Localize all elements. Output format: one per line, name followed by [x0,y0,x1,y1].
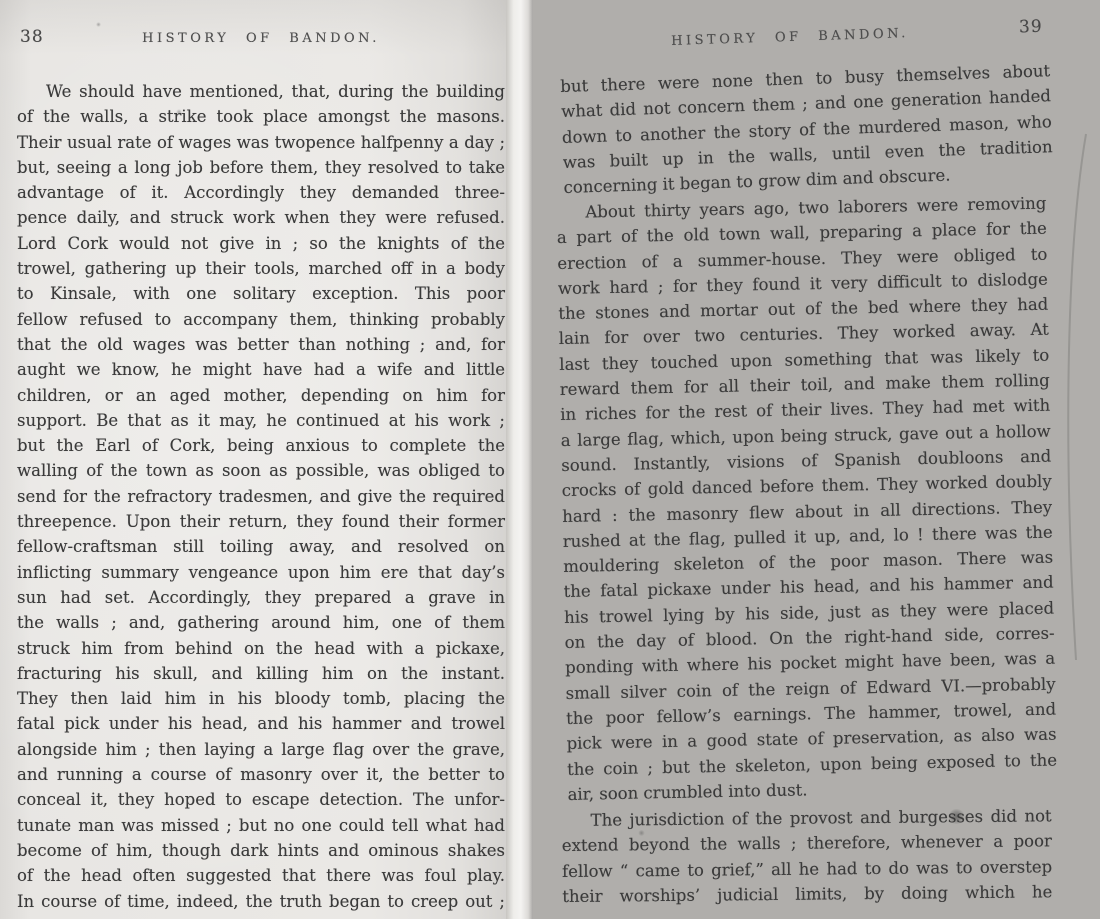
text-line: that the old wages was better than nothi… [17,332,505,357]
text-line: fatal pick under his head, and his hamme… [17,711,505,736]
text-line: alongside him ; then laying a large flag… [17,737,505,762]
text-line: support. Be that as it may, he continued… [17,408,505,433]
text-line: Lord Cork would not give in ; so the kni… [17,231,505,256]
text-line: They then laid him in his bloody tomb, p… [17,686,505,711]
paragraph: We should have mentioned, that, during t… [17,79,505,914]
scan-speck [638,830,645,836]
text-line: become of him, though dark hints and omi… [17,838,505,863]
text-line: of the walls, a strike took place amongs… [17,104,505,129]
text-line: We should have mentioned, that, during t… [17,79,505,104]
paragraph: but there were none then to busy themsel… [560,58,1054,200]
text-line: advantage of it. Accordingly they demand… [17,180,505,205]
page-39: 39 HISTORY OF BANDON. but there were non… [533,0,1100,919]
text-line: but the Earl of Cork, being anxious to c… [17,433,505,458]
text-line: conceal it, they hoped to escape detecti… [17,787,505,812]
page-number-38: 38 [20,27,44,47]
page-38-body: We should have mentioned, that, during t… [17,79,505,914]
text-line: but, seeing a long job before them, they… [17,155,505,180]
text-line: tunate man was missed ; but no one could… [17,813,505,838]
paragraph: The jurisdiction of the provost and burg… [562,803,1053,909]
page-39-body: but there were none then to busy themsel… [562,74,1052,909]
text-line: In course of time, indeed, the truth beg… [17,889,505,914]
paragraph: About thirty years ago, two laborers wer… [556,191,1058,807]
text-line: trowel, gathering up their tools, marche… [17,256,505,281]
scan-speck [338,139,343,144]
text-line: extend beyond the walls ; therefore, whe… [562,828,1052,858]
text-line: struck him from behind on the head with … [17,636,505,661]
text-line: aught we know, he might have had a wife … [17,357,505,382]
text-line: children, or an aged mother, depending o… [17,383,505,408]
text-line: of the head often suggested that there w… [17,863,505,888]
text-line: the walls ; and, gathering around him, o… [17,610,505,635]
text-line: threepence. Upon their return, they foun… [17,509,505,534]
text-line: walling of the town as soon as possible,… [17,458,505,483]
scan-speck [176,109,182,115]
ink-blot [948,809,965,824]
text-line: inflicting summary vengeance upon him er… [17,560,505,585]
text-line: fellow-craftsman still toiling away, and… [17,534,505,559]
book-scan-spread: 38 HISTORY OF BANDON. We should have men… [0,0,1100,919]
gutter-page-edge [506,0,533,919]
text-line: and running a course of masonry over it,… [17,762,505,787]
text-line: pence daily, and struck work when they w… [17,205,505,230]
text-line: to Kinsale, with one solitary exception.… [17,281,505,306]
text-line: send for the refractory tradesmen, and g… [17,484,505,509]
text-line: their worships’ judicial limits, by doin… [562,879,1052,909]
text-line: fracturing his skull, and killing him on… [17,661,505,686]
running-header-left: HISTORY OF BANDON. [17,31,505,46]
page-38: 38 HISTORY OF BANDON. We should have men… [0,0,512,919]
running-header-right: HISTORY OF BANDON. [545,22,1035,53]
text-line: sun had set. Accordingly, they prepared … [17,585,505,610]
scan-speck [96,22,101,27]
text-line: fellow refused to accompany them, thinki… [17,307,505,332]
text-line: Their usual rate of wages was twopence h… [17,130,505,155]
